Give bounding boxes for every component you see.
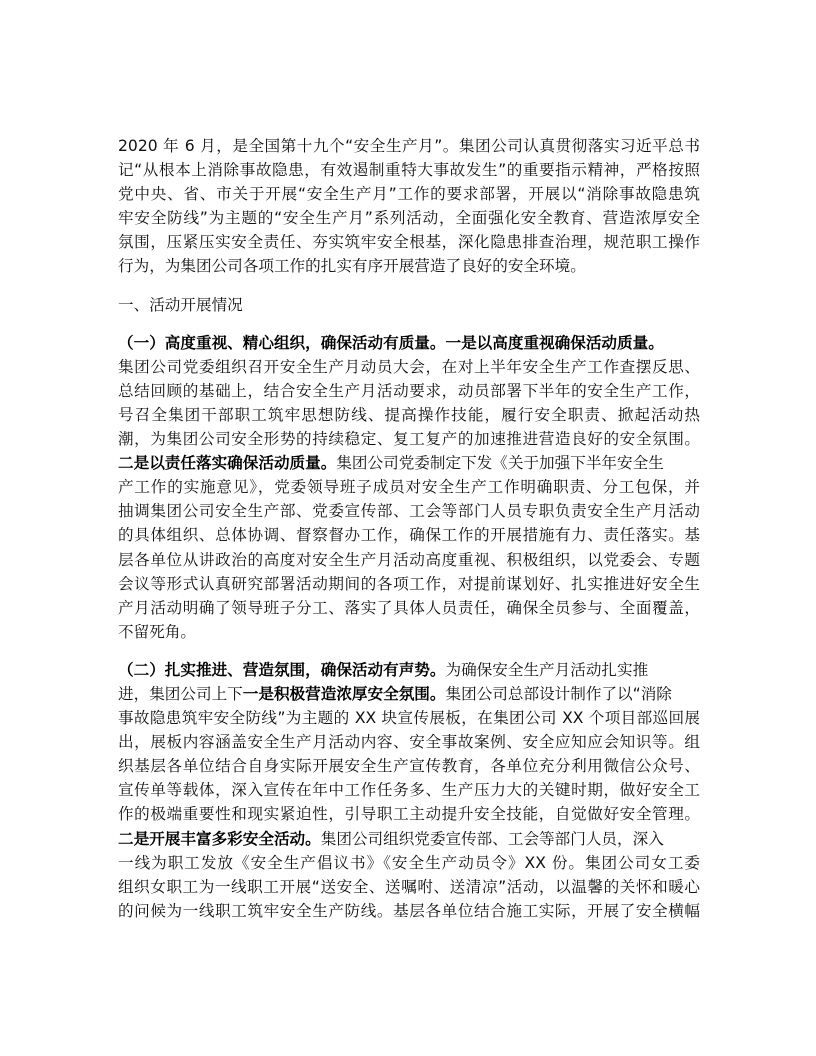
intro-paragraph: 2020 年 6 月，是全国第十九个“安全生产月”。集团公司认真贯彻落实习近平总… <box>118 134 700 279</box>
text-line: 潮，为集团公司安全形势的持续稳定、复工复产的加速推进营造良好的安全氛围。 <box>118 427 700 451</box>
text-line: 出，展板内容涵盖安全生产月活动内容、安全事故案例、安全应知应会知识等。组 <box>118 730 700 754</box>
text-line: 抽调集团公司安全生产部、党委宣传部、工会等部门人员专职负责安全生产月活动 <box>118 499 700 523</box>
text-run: 集团公司总部设计制作了以“消除 <box>446 685 672 703</box>
text-line: 氛围，压紧压实安全责任、夯实筑牢安全根基，深化隐患排查治理，规范职工操作 <box>118 230 700 254</box>
point-1-title: 一是积极营造浓厚安全氛围。 <box>243 685 446 703</box>
subheading-2: （二）扎实推进、营造氛围，确保活动有声势。 <box>118 661 445 679</box>
text-line: 产工作的实施意见》，党委领导班子成员对安全生产工作明确职责、分工包保，并 <box>118 475 700 499</box>
text-line: 组织女职工为一线职工开展“送安全、送嘱咐、送清凉”活动，以温馨的关怀和暖心 <box>118 875 700 899</box>
text-line: 行为，为集团公司各项工作的扎实有序开展营造了良好的安全环境。 <box>118 254 700 278</box>
text-line: 进，集团公司上下一是积极营造浓厚安全氛围。集团公司总部设计制作了以“消除 <box>118 682 700 706</box>
paragraph-1: （一）高度重视、精心组织，确保活动有质量。一是以高度重视确保活动质量。 集团公司… <box>118 331 700 644</box>
text-line: 层各单位从讲政治的高度对安全生产月活动高度重视、积极组织，以党委会、专题 <box>118 548 700 572</box>
point-2-title: 二是以责任落实确保活动质量。 <box>118 454 336 472</box>
text-line: 记“从根本上消除事故隐患，有效遏制重特大事故发生”的重要指示精神，严格按照 <box>118 158 700 182</box>
text-line: 总结回顾的基础上，结合安全生产月活动要求，动员部署下半年的安全生产工作， <box>118 379 700 403</box>
text-line: 宣传单等载体，深入宣传在年中工作任务多、生产压力大的关键时期，做好安全工 <box>118 778 700 802</box>
point-1-title: 一是以高度重视确保活动质量。 <box>445 334 663 352</box>
section-heading-text: 一、活动开展情况 <box>118 293 700 317</box>
text-line: 作的极端重要性和现实紧迫性，引导职工主动提升安全技能，自觉做好安全管理。 <box>118 802 700 826</box>
text-line: 二是开展丰富多彩安全活动。集团公司组织党委宣传部、工会等部门人员，深入 <box>118 827 700 851</box>
section-heading: 一、活动开展情况 <box>118 293 700 317</box>
text-line: 2020 年 6 月，是全国第十九个“安全生产月”。集团公司认真贯彻落实习近平总… <box>118 134 700 158</box>
text-line: （一）高度重视、精心组织，确保活动有质量。一是以高度重视确保活动质量。 <box>118 331 700 355</box>
text-line: 一线为职工发放《安全生产倡议书》《安全生产动员令》XX 份。集团公司女工委 <box>118 851 700 875</box>
point-2-title: 二是开展丰富多彩安全活动。 <box>118 830 321 848</box>
text-line: 事故隐患筑牢安全防线”为主题的 XX 块宣传展板，在集团公司 XX 个项目部巡回… <box>118 706 700 730</box>
text-run: 集团公司组织党委宣传部、工会等部门人员，深入 <box>321 830 664 848</box>
text-line: 的具体组织、总体协调、督察督办工作，确保工作的开展措施有力、责任落实。基 <box>118 523 700 547</box>
text-line: 织基层各单位结合自身实际开展安全生产宣传教育，各单位充分利用微信公众号、 <box>118 754 700 778</box>
text-line: 不留死角。 <box>118 620 700 644</box>
text-line: （二）扎实推进、营造氛围，确保活动有声势。为确保安全生产月活动扎实推 <box>118 658 700 682</box>
text-line: 牢安全防线”为主题的“安全生产月”系列活动，全面强化安全教育、营造浓厚安全 <box>118 206 700 230</box>
text-line: 党中央、省、市关于开展“安全生产月”工作的要求部署，开展以“消除事故隐患筑 <box>118 182 700 206</box>
text-line: 会议等形式认真研究部署活动期间的各项工作，对提前谋划好、扎实推进好安全生 <box>118 572 700 596</box>
text-line: 产月活动明确了领导班子分工、落实了具体人员责任，确保全员参与、全面覆盖， <box>118 596 700 620</box>
subheading-1: （一）高度重视、精心组织，确保活动有质量。 <box>118 334 445 352</box>
paragraph-2: （二）扎实推进、营造氛围，确保活动有声势。为确保安全生产月活动扎实推 进，集团公… <box>118 658 700 923</box>
text-line: 集团公司党委组织召开安全生产月动员大会，在对上半年安全生产工作查摆反思、 <box>118 355 700 379</box>
text-run: 进，集团公司上下 <box>118 685 243 703</box>
text-run: 集团公司党委制定下发《关于加强下半年安全生 <box>336 454 663 472</box>
text-line: 二是以责任落实确保活动质量。集团公司党委制定下发《关于加强下半年安全生 <box>118 451 700 475</box>
text-line: 号召全集团干部职工筑牢思想防线、提高操作技能，履行安全职责、掀起活动热 <box>118 403 700 427</box>
document-page: 2020 年 6 月，是全国第十九个“安全生产月”。集团公司认真贯彻落实习近平总… <box>118 134 700 923</box>
text-line: 的问候为一线职工筑牢安全生产防线。基层各单位结合施工实际，开展了安全横幅 <box>118 899 700 923</box>
text-run: 为确保安全生产月活动扎实推 <box>445 661 648 679</box>
